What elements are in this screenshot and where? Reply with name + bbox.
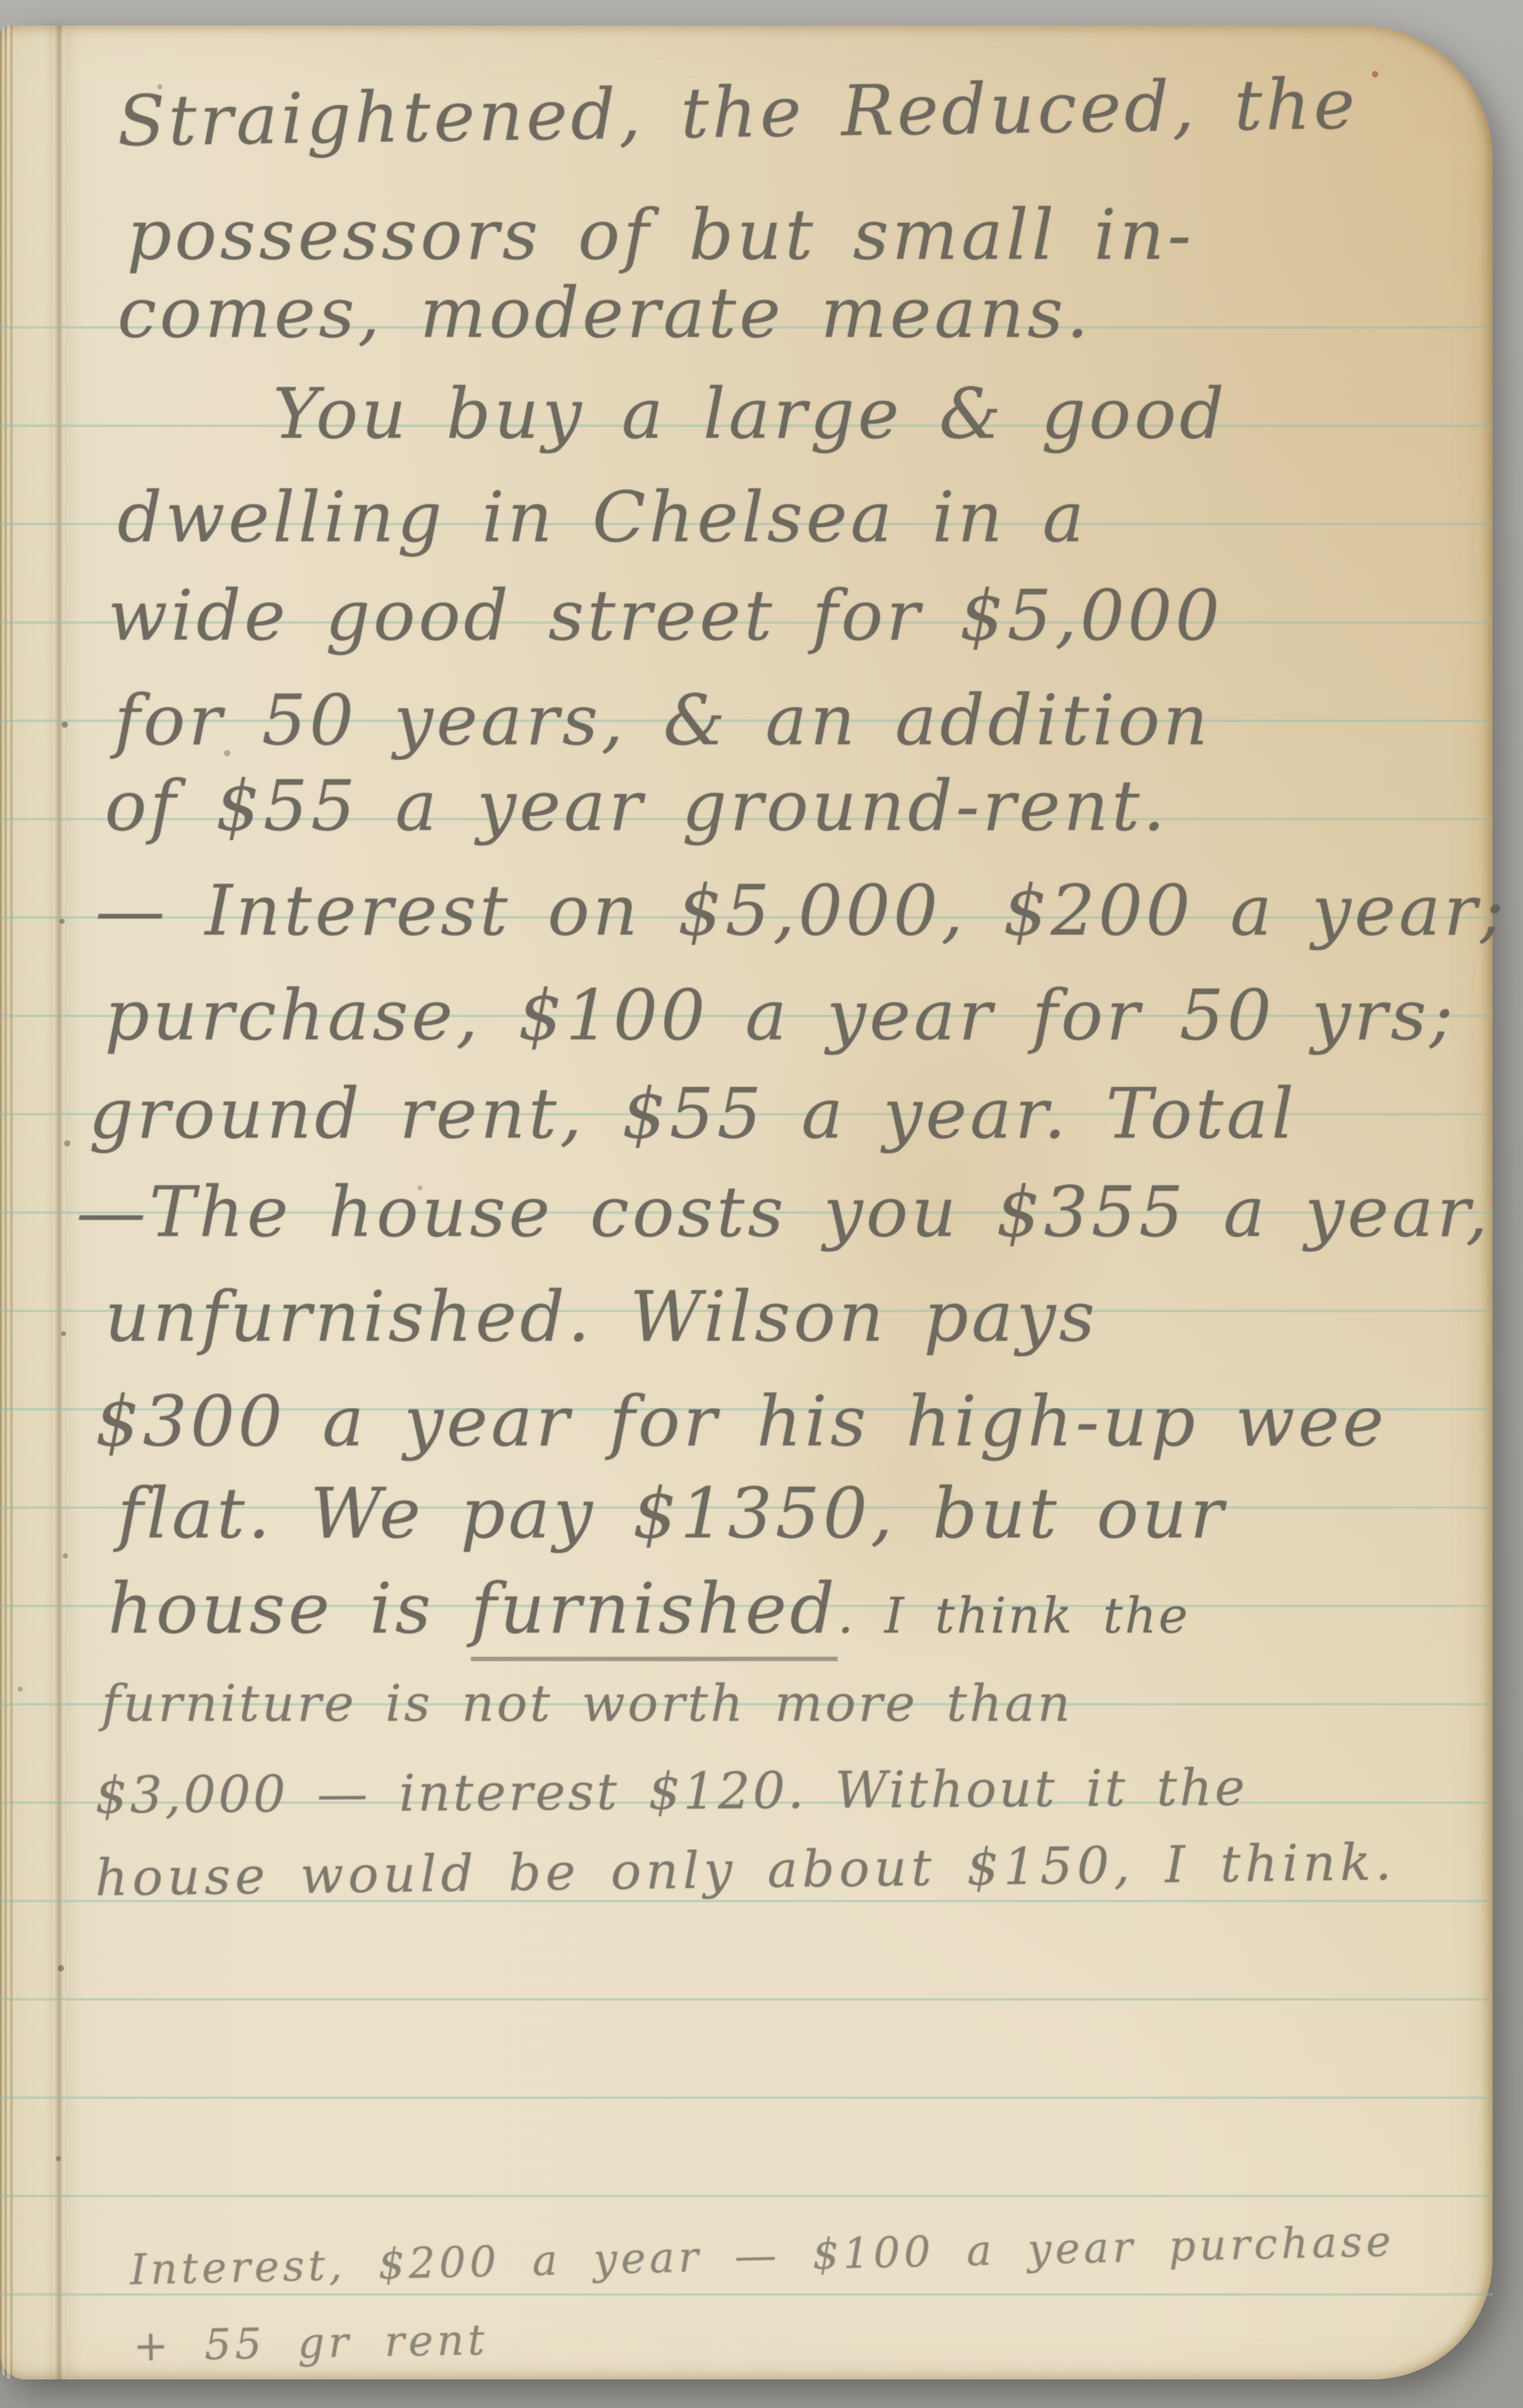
handwriting-line-18: $3,000 — interest $120. Without it the bbox=[95, 1762, 1248, 1821]
handwriting-line-9: — Interest on $5,000, $200 a year; bbox=[95, 876, 1507, 945]
handwriting-line-5: dwelling in Chelsea in a bbox=[117, 482, 1087, 552]
handwriting-line-14: $300 a year for his high-up wee bbox=[95, 1386, 1387, 1456]
handwriting-line-17: furniture is not worth more than bbox=[102, 1678, 1072, 1729]
handwriting-line-4: You buy a large & good bbox=[273, 379, 1227, 449]
line16-underlined-word: furnished bbox=[471, 1568, 838, 1661]
handwriting-line-2: possessors of but small in- bbox=[127, 200, 1194, 270]
handwriting-line-3: comes, moderate means. bbox=[117, 278, 1091, 348]
handwriting-line-10: purchase, $100 a year for 50 yrs; bbox=[105, 980, 1456, 1050]
handwriting-line-19: house would be only about $150, I think. bbox=[95, 1837, 1396, 1904]
notebook-page: Straightened, the Reduced, the possessor… bbox=[0, 25, 1493, 2379]
photo-background: { "colors": { "photo_background": "#a6a4… bbox=[0, 0, 1523, 2408]
handwriting-line-11: ground rent, $55 a year. Total bbox=[89, 1079, 1297, 1148]
handwriting-line-12: —The house costs you $355 a year, bbox=[76, 1177, 1491, 1247]
handwriting-line-16: house is furnished. I think the bbox=[108, 1574, 1190, 1643]
handwriting-line-8: of $55 a year ground-rent. bbox=[105, 771, 1168, 841]
handwriting-line-13: unfurnished. Wilson pays bbox=[105, 1282, 1098, 1352]
handwriting-line-15: flat. We pay $1350, but our bbox=[117, 1478, 1227, 1548]
paper-specks bbox=[0, 25, 3, 28]
line16-suffix: . I think the bbox=[838, 1588, 1190, 1645]
handwriting-line-7: for 50 years, & an addition bbox=[114, 685, 1211, 755]
handwriting-line-1: Straightened, the Reduced, the bbox=[117, 69, 1359, 156]
line16-prefix: house is bbox=[108, 1568, 471, 1649]
footnote-line-2: + 55 gr rent bbox=[133, 2319, 489, 2367]
handwriting-line-6: wide good street for $5,000 bbox=[108, 581, 1223, 650]
